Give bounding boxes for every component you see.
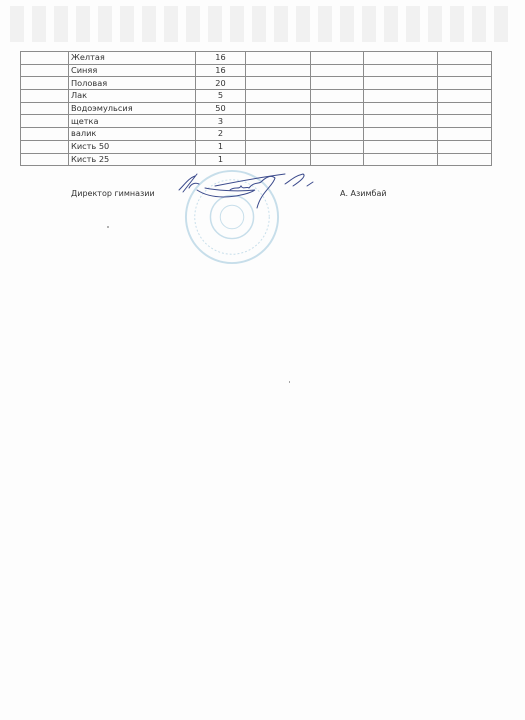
item-name: Кисть 25 xyxy=(69,153,196,166)
empty-cell xyxy=(438,102,492,115)
empty-cell xyxy=(21,102,69,115)
item-quantity: 2 xyxy=(196,128,246,141)
empty-cell xyxy=(364,64,438,77)
table-row: валик2 xyxy=(21,128,492,141)
empty-cell xyxy=(21,77,69,90)
item-name: щетка xyxy=(69,115,196,128)
table-row: Лак5 xyxy=(21,90,492,103)
empty-cell xyxy=(311,52,364,65)
empty-cell xyxy=(364,128,438,141)
empty-cell xyxy=(364,115,438,128)
table-row: Кисть 501 xyxy=(21,140,492,153)
signature-icon xyxy=(175,172,325,222)
item-quantity: 3 xyxy=(196,115,246,128)
empty-cell xyxy=(246,128,311,141)
empty-cell xyxy=(246,115,311,128)
empty-cell xyxy=(311,77,364,90)
item-quantity: 1 xyxy=(196,153,246,166)
empty-cell xyxy=(246,153,311,166)
empty-cell xyxy=(438,64,492,77)
item-quantity: 20 xyxy=(196,77,246,90)
empty-cell xyxy=(246,140,311,153)
empty-cell xyxy=(364,153,438,166)
item-name: Синяя xyxy=(69,64,196,77)
empty-cell xyxy=(311,115,364,128)
empty-cell xyxy=(21,64,69,77)
item-name: Желтая xyxy=(69,52,196,65)
empty-cell xyxy=(311,64,364,77)
empty-cell xyxy=(246,90,311,103)
empty-cell xyxy=(311,153,364,166)
empty-cell xyxy=(364,102,438,115)
empty-cell xyxy=(246,102,311,115)
empty-cell xyxy=(21,52,69,65)
signatory-name: А. Азимбай xyxy=(340,189,387,198)
item-quantity: 50 xyxy=(196,102,246,115)
empty-cell xyxy=(364,77,438,90)
item-name: Лак xyxy=(69,90,196,103)
empty-cell xyxy=(438,153,492,166)
empty-cell xyxy=(311,102,364,115)
bleed-through-text xyxy=(10,6,515,42)
speck xyxy=(107,226,109,228)
item-name: валик xyxy=(69,128,196,141)
item-name: Половая xyxy=(69,77,196,90)
empty-cell xyxy=(246,64,311,77)
empty-cell xyxy=(21,90,69,103)
item-name: Кисть 50 xyxy=(69,140,196,153)
empty-cell xyxy=(246,77,311,90)
item-quantity: 16 xyxy=(196,52,246,65)
empty-cell xyxy=(438,140,492,153)
item-quantity: 1 xyxy=(196,140,246,153)
empty-cell xyxy=(246,52,311,65)
empty-cell xyxy=(438,90,492,103)
empty-cell xyxy=(21,153,69,166)
empty-cell xyxy=(21,140,69,153)
empty-cell xyxy=(21,128,69,141)
empty-cell xyxy=(311,90,364,103)
empty-cell xyxy=(438,52,492,65)
table-row: Половая20 xyxy=(21,77,492,90)
empty-cell xyxy=(438,128,492,141)
speck xyxy=(289,381,290,383)
empty-cell xyxy=(364,52,438,65)
empty-cell xyxy=(364,90,438,103)
item-quantity: 5 xyxy=(196,90,246,103)
table-row: Синяя16 xyxy=(21,64,492,77)
item-name: Водоэмульсия xyxy=(69,102,196,115)
materials-table: Желтая16Синяя16Половая20Лак5Водоэмульсия… xyxy=(20,51,492,166)
empty-cell xyxy=(311,140,364,153)
table-row: Кисть 251 xyxy=(21,153,492,166)
signatory-title: Директор гимназии xyxy=(71,189,155,198)
empty-cell xyxy=(438,77,492,90)
empty-cell xyxy=(364,140,438,153)
empty-cell xyxy=(311,128,364,141)
item-quantity: 16 xyxy=(196,64,246,77)
table-row: Водоэмульсия50 xyxy=(21,102,492,115)
table-row: Желтая16 xyxy=(21,52,492,65)
empty-cell xyxy=(21,115,69,128)
empty-cell xyxy=(438,115,492,128)
table-row: щетка3 xyxy=(21,115,492,128)
